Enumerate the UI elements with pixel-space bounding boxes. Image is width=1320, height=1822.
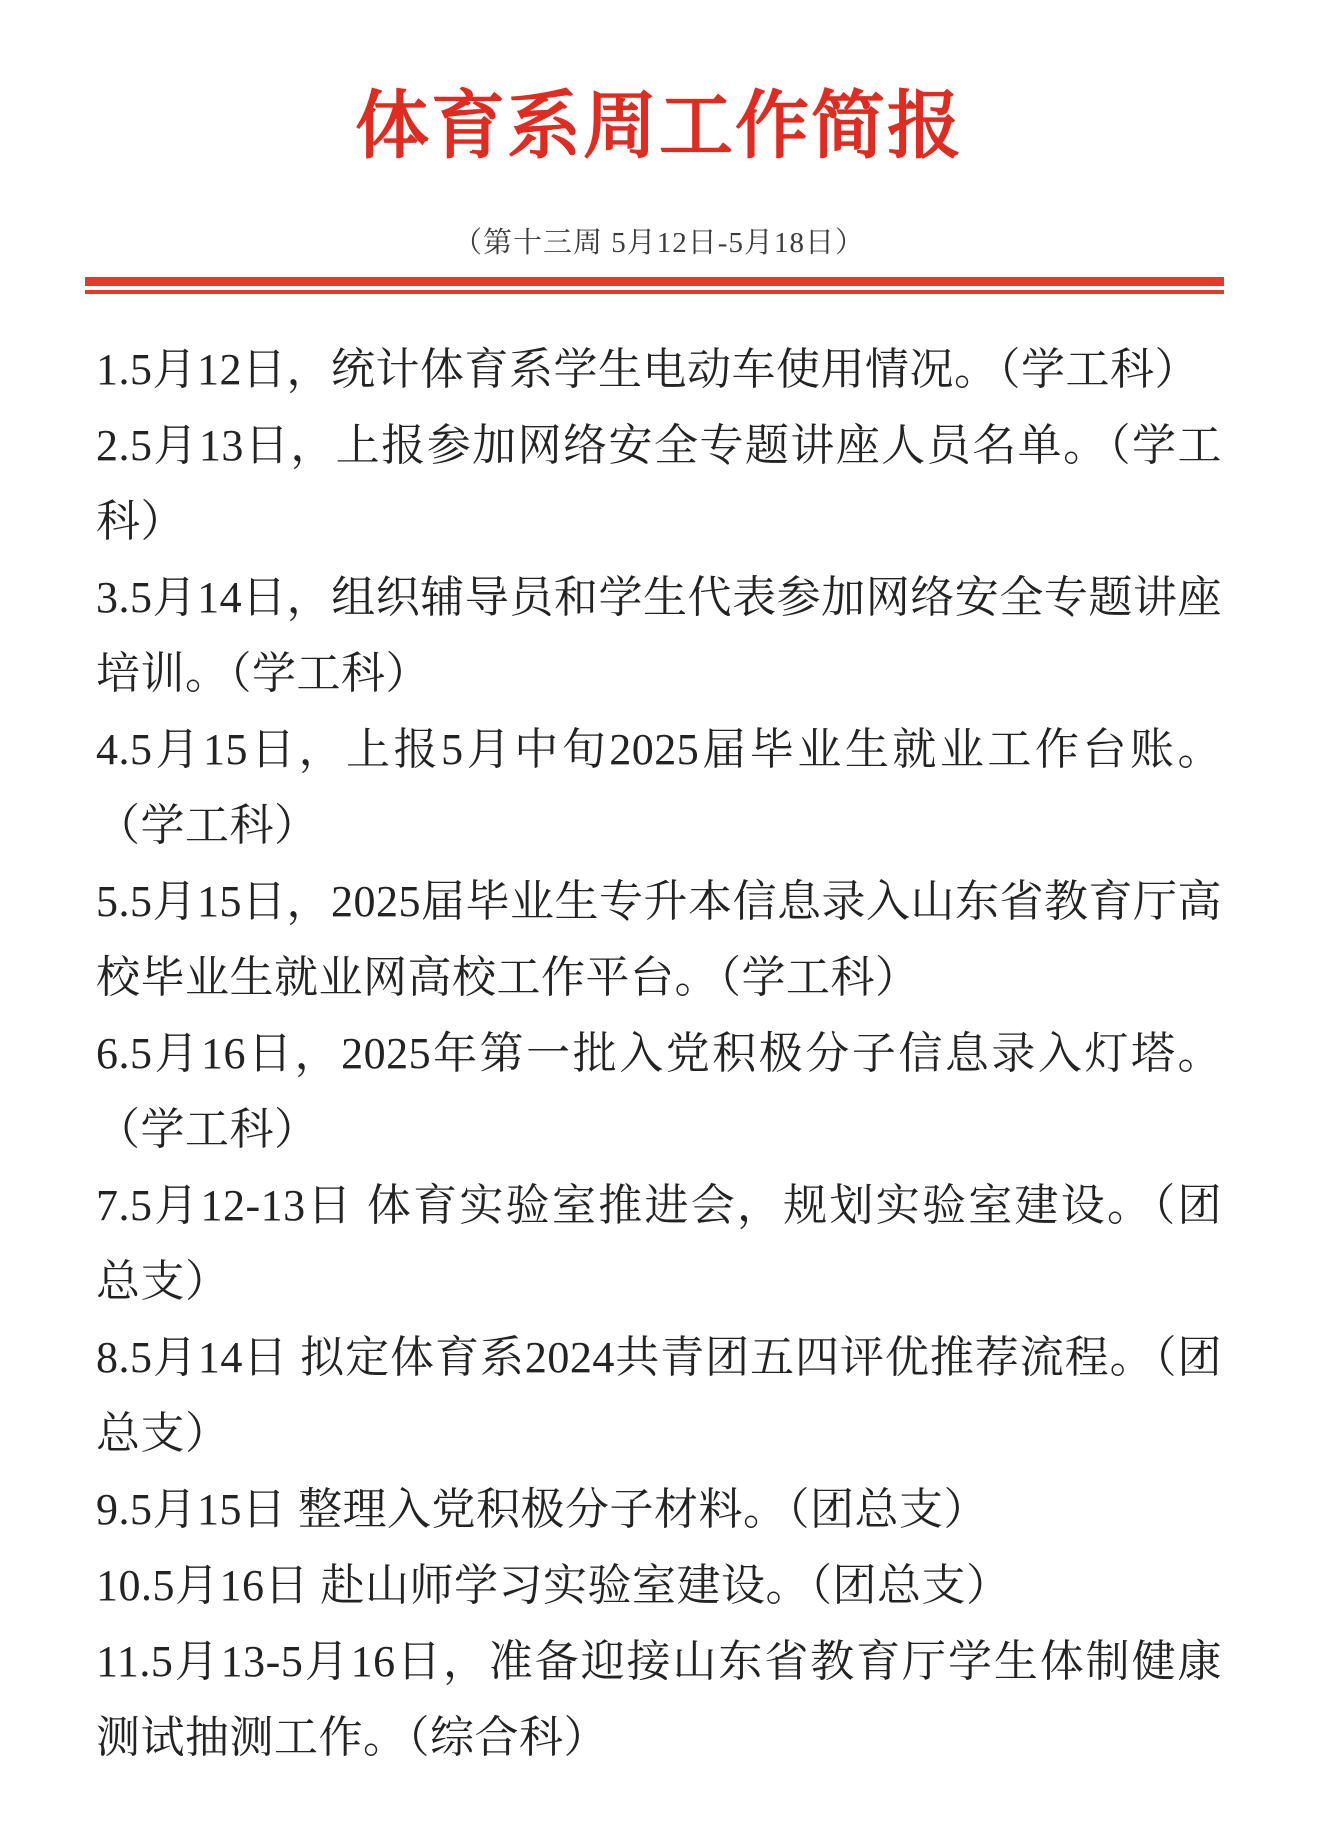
work-item-9: 9.5月15日 整理入党积极分子材料。（团总支） [96, 1472, 1222, 1548]
work-items-list: 1.5月12日，统计体育系学生电动车使用情况。（学工科） 2.5月13日，上报参… [96, 332, 1222, 1776]
work-item-1: 1.5月12日，统计体育系学生电动车使用情况。（学工科） [96, 332, 1222, 408]
work-item-3: 3.5月14日，组织辅导员和学生代表参加网络安全专题讲座培训。（学工科） [96, 560, 1222, 712]
work-item-10: 10.5月16日 赴山师学习实验室建设。（团总支） [96, 1548, 1222, 1624]
report-period-subtitle: （第十三周 5月12日-5月18日） [96, 225, 1222, 263]
divider-thick-line [85, 277, 1224, 286]
work-item-6: 6.5月16日，2025年第一批入党积极分子信息录入灯塔。（学工科） [96, 1016, 1222, 1168]
work-item-8: 8.5月14日 拟定体育系2024共青团五四评优推荐流程。（团总支） [96, 1320, 1222, 1472]
work-item-5: 5.5月15日，2025届毕业生专升本信息录入山东省教育厅高校毕业生就业网高校工… [96, 864, 1222, 1016]
work-item-11: 11.5月13-5月16日，准备迎接山东省教育厅学生体制健康测试抽测工作。（综合… [96, 1624, 1222, 1776]
work-item-4: 4.5月15日，上报5月中旬2025届毕业生就业工作台账。（学工科） [96, 712, 1222, 864]
work-item-2: 2.5月13日，上报参加网络安全专题讲座人员名单。（学工科） [96, 408, 1222, 560]
report-page: 体育系周工作简报 （第十三周 5月12日-5月18日） 1.5月12日，统计体育… [0, 0, 1320, 1822]
page-title: 体育系周工作简报 [96, 86, 1222, 169]
divider-thin-line [85, 290, 1224, 294]
red-double-divider [85, 277, 1224, 294]
work-item-7: 7.5月12-13日 体育实验室推进会，规划实验室建设。（团总支） [96, 1168, 1222, 1320]
